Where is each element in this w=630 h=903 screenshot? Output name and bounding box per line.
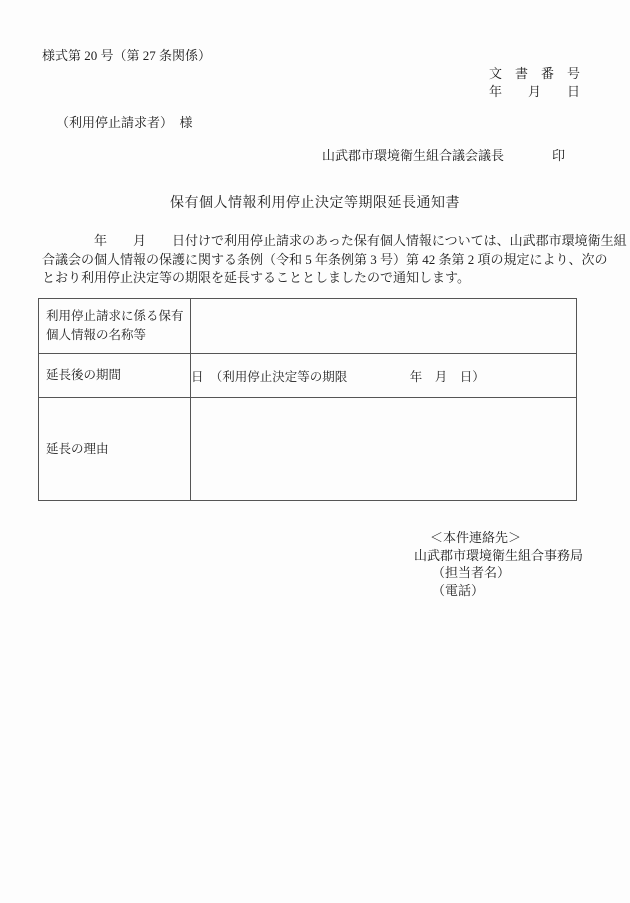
form-number: 様式第 20 号（第 27 条関係） <box>42 45 211 64</box>
contact-office: 山武郡市環境衛生組合事務局 <box>414 547 583 565</box>
row-value-personal-info-name <box>191 299 577 354</box>
document-title: 保有個人情報利用停止決定等期限延長通知書 <box>0 192 630 212</box>
table-row-extended-period: 延長後の期間 日 （利用停止決定等の期限 年 月 日） <box>39 354 577 398</box>
body-line-1: 年 月 日付けで利用停止請求のあった保有個人情報については、山武郡市環境衛生組 <box>42 232 598 251</box>
seal-mark: 印 <box>552 145 565 164</box>
document-page: 様式第 20 号（第 27 条関係） 文 書 番 号 年 月 日 （利用停止請求… <box>0 0 630 903</box>
body-line-3: とおり利用停止決定等の期限を延長することとしましたので通知します。 <box>42 269 598 288</box>
row-label-line-2: 個人情報の名称等 <box>46 326 190 345</box>
body-line-2: 合議会の個人情報の保護に関する条例（令和 5 年条例第 3 号）第 42 条第 … <box>42 251 598 270</box>
issuer-name: 山武郡市環境衛生組合議会議長 <box>322 145 504 164</box>
table-row-extension-reason: 延長の理由 <box>39 398 577 501</box>
row-label-extended-period: 延長後の期間 <box>39 354 191 398</box>
row-label-personal-info-name: 利用停止請求に係る保有 個人情報の名称等 <box>39 299 191 354</box>
document-number-label: 文 書 番 号 <box>489 63 580 82</box>
addressee-line: （利用停止請求者） 様 <box>56 112 193 131</box>
row-label-line-1: 利用停止請求に係る保有 <box>46 307 190 326</box>
contact-header: ＜本件連絡先＞ <box>430 529 583 547</box>
document-date-label: 年 月 日 <box>489 81 580 100</box>
row-value-extension-reason <box>191 398 577 501</box>
body-paragraph: 年 月 日付けで利用停止請求のあった保有個人情報については、山武郡市環境衛生組 … <box>42 232 598 288</box>
extension-notice-table: 利用停止請求に係る保有 個人情報の名称等 延長後の期間 日 （利用停止決定等の期… <box>38 298 577 501</box>
contact-block: ＜本件連絡先＞ 山武郡市環境衛生組合事務局 （担当者名） （電話） <box>414 529 583 599</box>
table-row-personal-info-name: 利用停止請求に係る保有 個人情報の名称等 <box>39 299 577 354</box>
contact-phone: （電話） <box>432 582 583 600</box>
contact-person: （担当者名） <box>432 564 583 582</box>
row-label-extension-reason: 延長の理由 <box>39 398 191 501</box>
row-value-extended-period: 日 （利用停止決定等の期限 年 月 日） <box>191 354 577 398</box>
